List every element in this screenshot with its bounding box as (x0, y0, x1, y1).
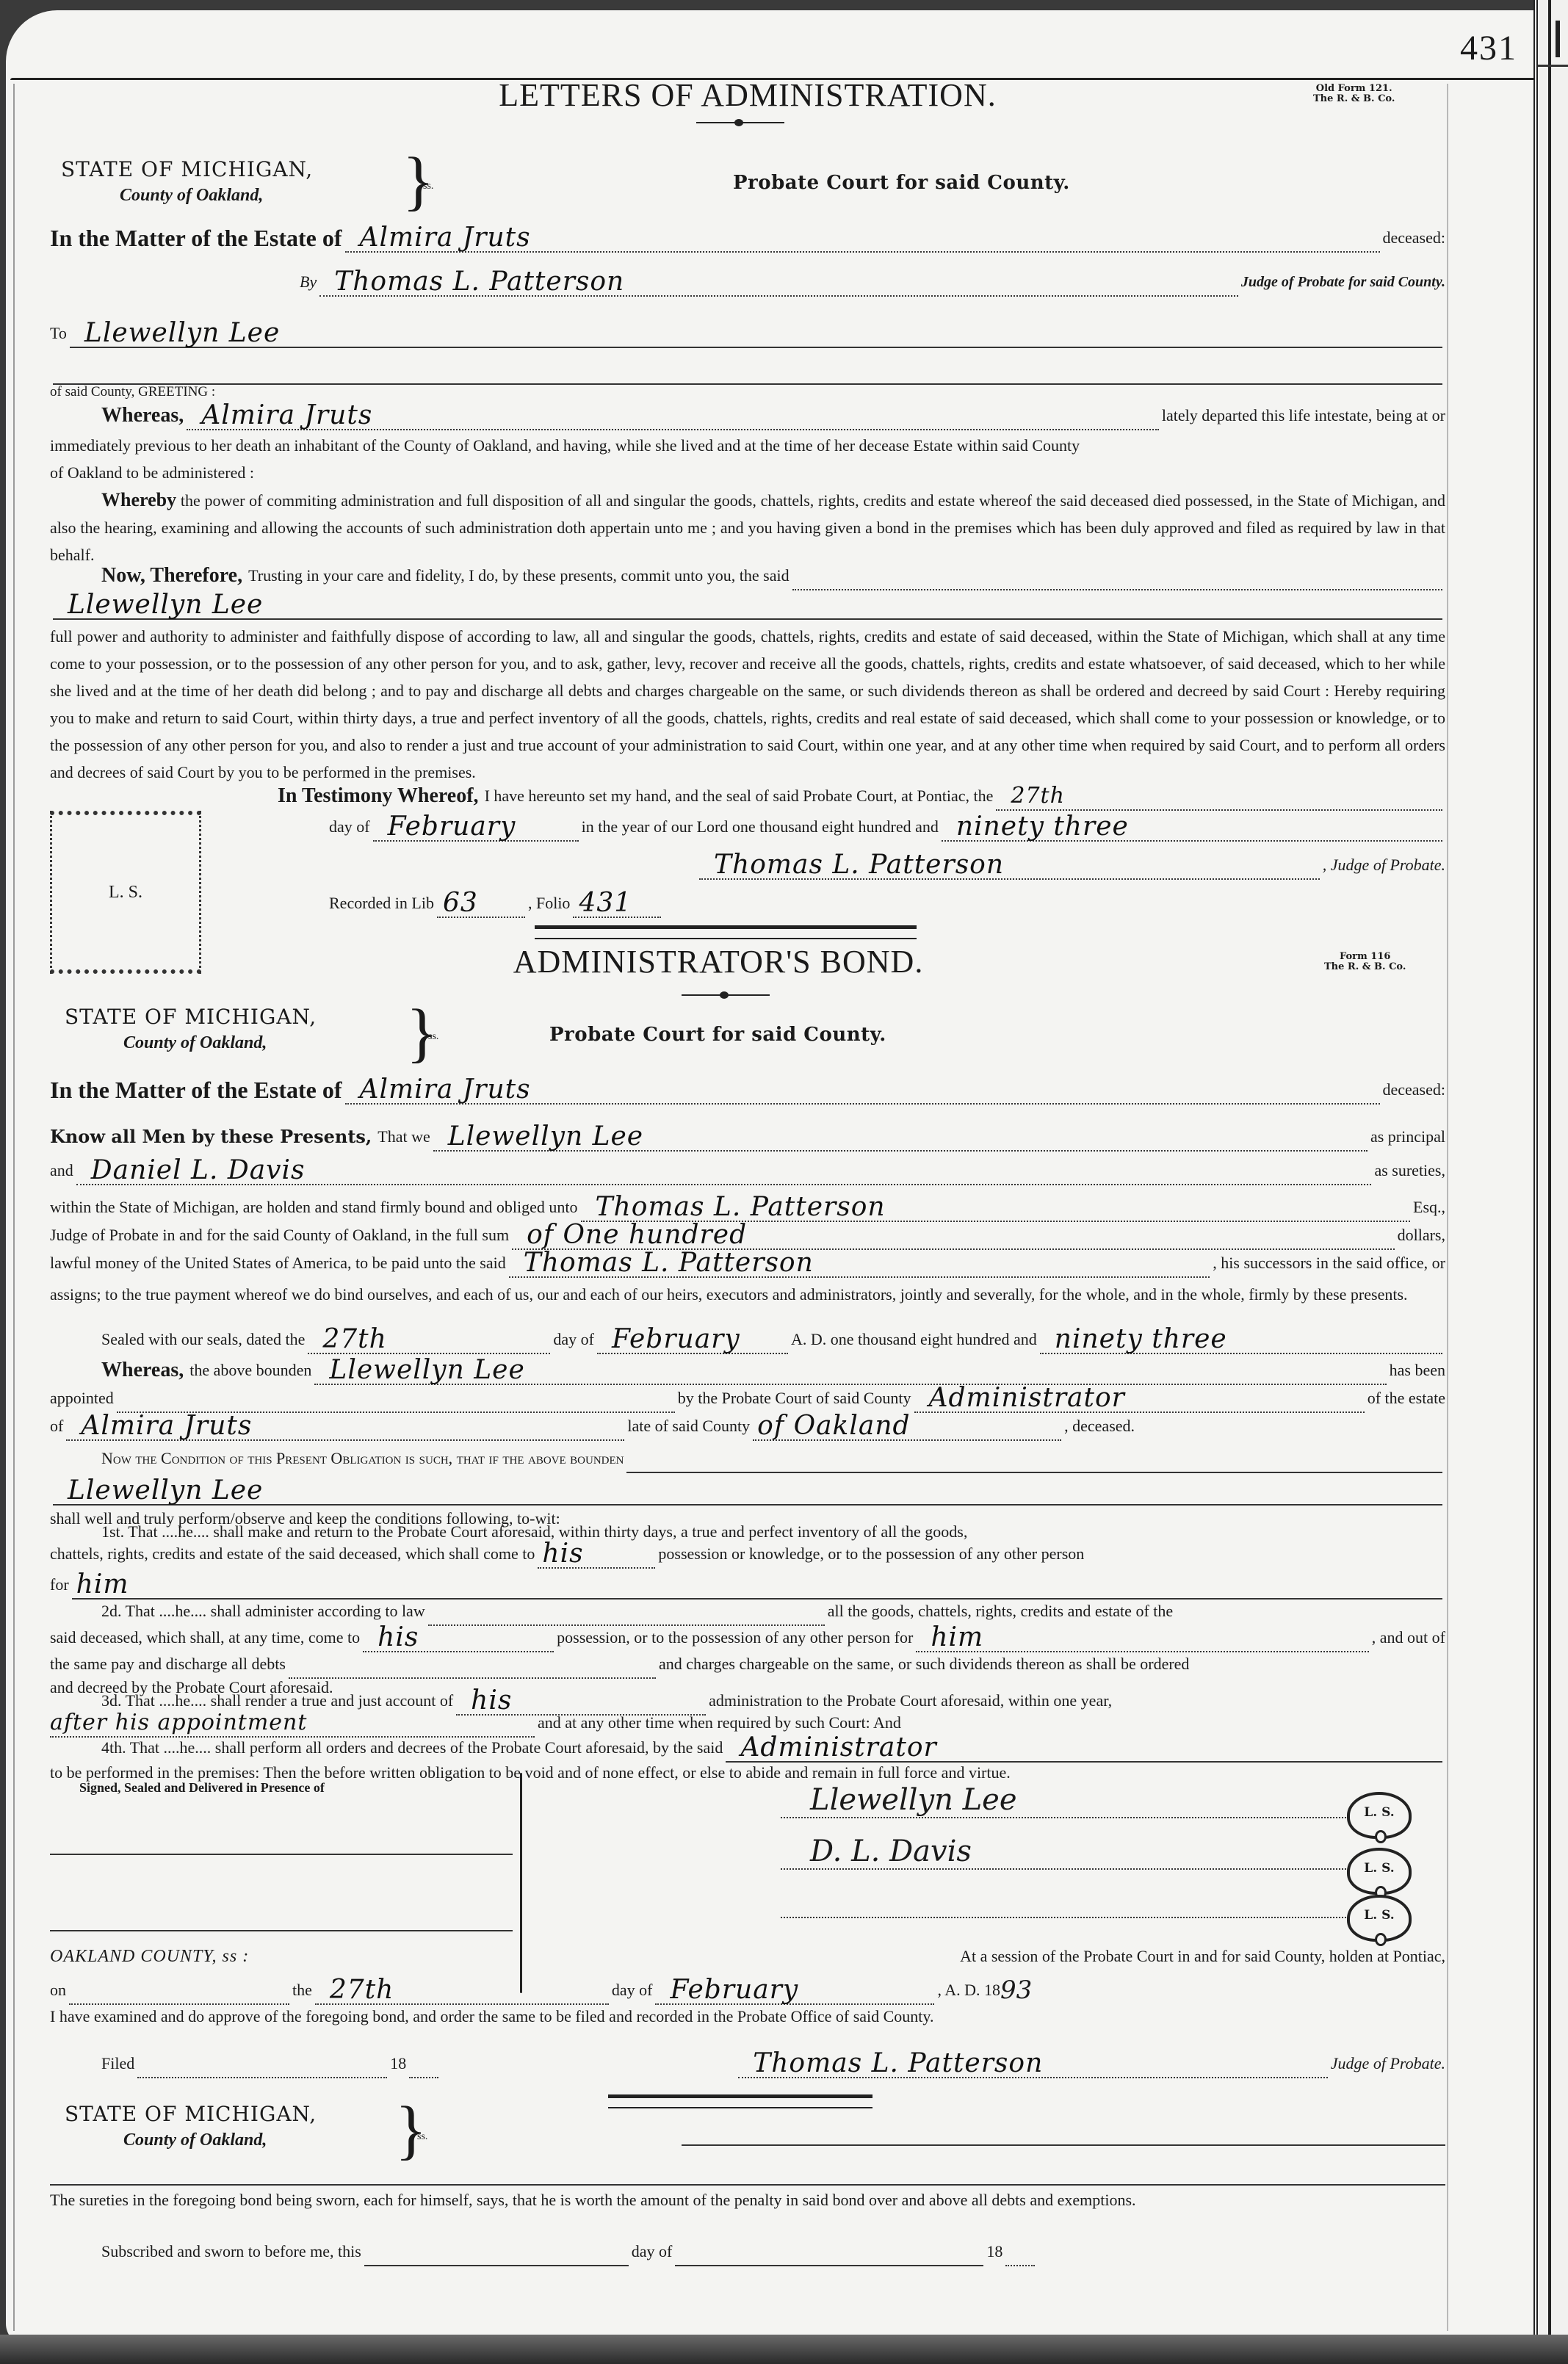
condition-blank[interactable] (626, 1447, 1442, 1473)
estate-of-field[interactable]: Almira Jruts (66, 1414, 624, 1441)
section-divider (535, 925, 917, 939)
judge-signature-field[interactable]: Thomas L. Patterson (699, 853, 1320, 880)
obligee-line: within the State of Michigan, are holden… (50, 1193, 1445, 1222)
payee-field[interactable]: Thomas L. Patterson (509, 1251, 1210, 1278)
approval-month-field[interactable]: February (655, 1978, 934, 2005)
recorded-line: Recorded in Lib 63 , Folio 431 (50, 889, 1445, 918)
judge-name-field[interactable]: Thomas L. Patterson (319, 270, 1238, 297)
condition-name-line: Llewellyn Lee (50, 1476, 1445, 1505)
lib-field[interactable]: 63 (437, 892, 525, 918)
judge-line: By Thomas L. Patterson Judge of Probate … (50, 267, 1445, 297)
oath-text: The sureties in the foregoing bond being… (50, 2188, 1445, 2212)
testimony-year-field[interactable]: ninety three (942, 815, 1442, 842)
payee-line: lawful money of the United States of Ame… (50, 1248, 1445, 1278)
whereas-line: Whereas, Almira Jruts lately departed th… (50, 401, 1445, 430)
surety-line: and Daniel L. Davis as sureties, (50, 1156, 1445, 1185)
right-margin-rule (1447, 84, 1448, 2331)
ornament-divider-icon (696, 119, 784, 126)
ss-label: ss. (417, 2131, 427, 2143)
principal-line: Know all Men by these Presents, That we … (50, 1122, 1445, 1152)
c2-law-blank[interactable] (428, 1600, 825, 1626)
bond-title: ADMINISTRATOR'S BOND. (21, 943, 1416, 980)
sum-field[interactable]: of One hundred (512, 1223, 1395, 1250)
approval-day-field[interactable]: 27th (315, 1978, 609, 2005)
oath-venue-block: STATE OF MICHIGAN, County of Oakland, (65, 2102, 317, 2150)
administrator-name-field[interactable]: Llewellyn Lee (53, 593, 1442, 620)
testimony-date-line: day of February in the year of our Lord … (50, 812, 1445, 842)
oath-rule (50, 2184, 1445, 2186)
whereas-name-field[interactable]: Almira Jruts (187, 404, 1159, 430)
approval-signature-field[interactable]: Thomas L. Patterson (738, 2052, 1328, 2078)
estate-of-line: of Almira Jruts late of said County of O… (50, 1411, 1445, 1441)
approval-date-line: on the 27th day of February , A. D. 18 9… (50, 1976, 1445, 2005)
state-label: STATE OF MICHIGAN, (65, 1005, 317, 1029)
whereby-paragraph: Whereby the power of commiting administr… (50, 486, 1445, 568)
state-label: STATE OF MICHIGAN, (61, 157, 313, 181)
book-binding-edge (1533, 0, 1568, 2364)
assigns-paragraph: assigns; to the true payment whereof we … (50, 1281, 1445, 1308)
condition-line: Now the Condition of this Present Obliga… (50, 1444, 1445, 1473)
condition-1b: chattels, rights, credits and estate of … (50, 1539, 1445, 1569)
condition-1c: for him (50, 1570, 1445, 1600)
whereas-continuation: immediately previous to her death an inh… (50, 432, 1445, 486)
state-label: STATE OF MICHIGAN, (65, 2102, 317, 2126)
condition-2b: said deceased, which shall, at any time,… (50, 1623, 1445, 1652)
bond-estate-name-field[interactable]: Almira Jruts (345, 1078, 1380, 1105)
folio-field[interactable]: 431 (573, 892, 661, 918)
administrator-name-line: Llewellyn Lee (50, 590, 1445, 620)
subscribed-month-field[interactable] (675, 2240, 983, 2266)
page-shadow (0, 2335, 1568, 2364)
c2-possession-field[interactable]: his (363, 1626, 554, 1652)
late-of-county-field[interactable]: of Oakland (753, 1414, 1061, 1441)
c2-person-field[interactable]: him (916, 1626, 1368, 1652)
testimony-day-field[interactable]: 27th (996, 784, 1442, 811)
filed-year-field[interactable] (409, 2052, 438, 2078)
sealed-month-field[interactable]: February (597, 1328, 788, 1354)
estate-name-field[interactable]: Almira Jruts (345, 226, 1380, 253)
bounden-line: Whereas, the above bounden Llewellyn Lee… (50, 1356, 1445, 1385)
binding-mark (1556, 21, 1560, 57)
condition-name-field[interactable]: Llewellyn Lee (53, 1479, 1442, 1505)
bond-estate-line: In the Matter of the Estate of Almira Jr… (50, 1075, 1445, 1105)
county-label: County of Oakland, (123, 2130, 317, 2150)
principal-name-field[interactable]: Llewellyn Lee (433, 1125, 1368, 1152)
witness-line-2[interactable] (50, 1930, 513, 1931)
testimony-month-field[interactable]: February (373, 815, 579, 842)
approval-text-line: I have examined and do approve of the fo… (50, 2002, 1445, 2031)
approval-on-blank[interactable] (69, 1978, 289, 2005)
subscribed-day-field[interactable] (364, 2240, 629, 2266)
sum-line: Judge of Probate in and for the said Cou… (50, 1221, 1445, 1250)
ls-seal-icon: L. S. (1347, 1792, 1412, 1839)
bond-venue-block: STATE OF MICHIGAN, County of Oakland, (65, 1005, 317, 1053)
page-number: 431 (1460, 28, 1517, 68)
condition-2a: 2d. That ....he.... shall administer acc… (50, 1597, 1445, 1626)
subscribed-line: Subscribed and sworn to before me, this … (50, 2237, 1445, 2266)
court-heading: Probate Court for said County. (733, 172, 1070, 194)
county-label: County of Oakland, (123, 1033, 317, 1053)
brace-icon: } (395, 2097, 427, 2164)
to-name-field[interactable]: Llewellyn Lee (70, 322, 1442, 348)
filed-line: Filed 18 Thomas L. Patterson Judge of Pr… (50, 2049, 1445, 2078)
ls-seal-icon: L. S. (1347, 1895, 1412, 1942)
ss-label: ss. (428, 1031, 438, 1043)
appointed-line: appointed by the Probate Court of said C… (50, 1384, 1445, 1413)
obligee-field[interactable]: Thomas L. Patterson (581, 1196, 1410, 1222)
ss-label: ss. (423, 181, 433, 192)
testimony-line: In Testimony Whereof, I have hereunto se… (50, 781, 1445, 811)
ls-seal-icon: L. S. (1347, 1848, 1412, 1895)
bond-form-number: Form 116 The R. & B. Co. (1324, 952, 1406, 972)
section-divider (608, 2094, 872, 2108)
power-paragraph: full power and authority to administer a… (50, 623, 1445, 786)
venue-block: STATE OF MICHIGAN, County of Oakland, (61, 157, 313, 206)
form-number: Old Form 121. The R. & B. Co. (1313, 84, 1395, 104)
ornament-divider-icon (682, 991, 770, 999)
to-line: To Llewellyn Lee (50, 319, 1445, 348)
role-field[interactable]: Administrator (914, 1387, 1365, 1413)
sealed-day-field[interactable]: 27th (308, 1328, 550, 1354)
witness-line-1[interactable] (50, 1854, 513, 1855)
third-signature[interactable] (781, 1873, 1346, 1918)
bounden-name-field[interactable]: Llewellyn Lee (314, 1359, 1386, 1385)
c1-person-field[interactable]: him (72, 1573, 1442, 1600)
oath-officer-line[interactable] (682, 2144, 1445, 2146)
left-margin-rule (13, 84, 15, 2331)
approval-county-line: OAKLAND COUNTY, ss : At a session of the… (50, 1942, 1445, 1971)
appointed-blank[interactable] (117, 1387, 675, 1413)
letters-title: LETTERS OF ADMINISTRATION. (50, 76, 1445, 114)
sealed-date-line: Sealed with our seals, dated the 27th da… (50, 1325, 1445, 1354)
c1-possession-field[interactable]: his (538, 1542, 655, 1569)
now-therefore-line: Now, Therefore, Trusting in your care an… (50, 561, 1445, 590)
county-label: County of Oakland, (120, 186, 313, 206)
court-heading: Probate Court for said County. (549, 1024, 886, 1046)
commit-to-blank[interactable] (792, 564, 1442, 590)
surety-name-field[interactable]: Daniel L. Davis (76, 1159, 1372, 1185)
judge-signature-line: Thomas L. Patterson , Judge of Probate. (50, 850, 1445, 880)
filed-date-field[interactable] (137, 2052, 387, 2078)
sealed-year-field[interactable]: ninety three (1040, 1328, 1442, 1354)
subscribed-year-field[interactable] (1005, 2240, 1035, 2266)
surety-signature[interactable]: D. L. Davis (781, 1824, 1346, 1870)
ledger-page: 431 LETTERS OF ADMINISTRATION. Old Form … (6, 10, 1533, 2346)
principal-signature[interactable]: Llewellyn Lee (781, 1773, 1346, 1818)
estate-line: In the Matter of the Estate of Almira Jr… (50, 223, 1445, 253)
